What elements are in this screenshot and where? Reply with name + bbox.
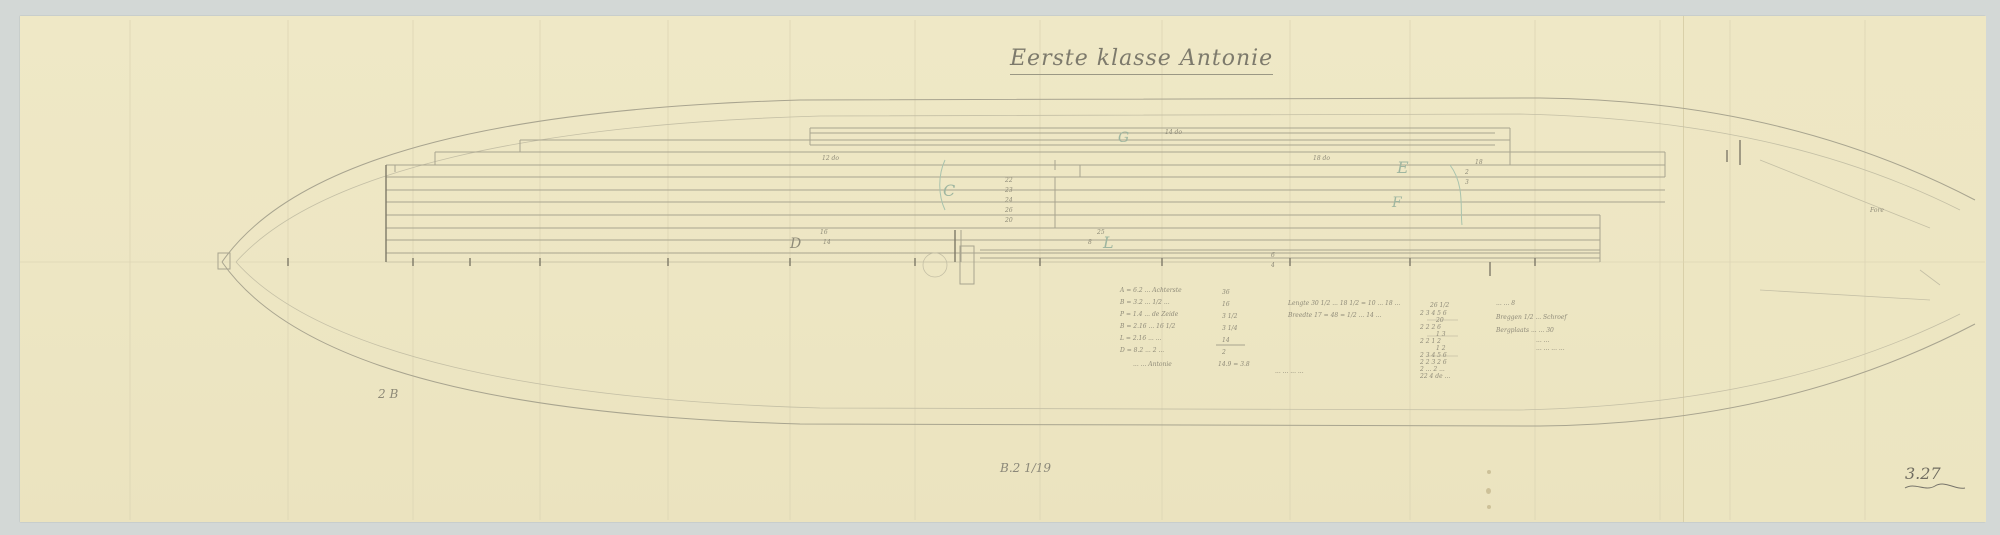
dimension-mark: 18 do bbox=[1313, 156, 1330, 162]
dimension-mark: 25 bbox=[1097, 230, 1105, 236]
catalog-mark: B.2 1/19 bbox=[1000, 462, 1051, 474]
legend-line: L = 2.16 ... ... bbox=[1120, 333, 1182, 345]
paper-stain bbox=[1487, 505, 1491, 509]
dimension-mark: 2 bbox=[1465, 170, 1469, 176]
dimension-mark: 16 bbox=[820, 230, 828, 236]
middle-footer: ... ... ... ... bbox=[1275, 369, 1304, 375]
dimension-mark: 23 bbox=[1005, 188, 1013, 194]
station-letter-e: E bbox=[1397, 160, 1409, 176]
legend-footer: ... ... Antonie bbox=[1133, 362, 1172, 368]
dimension-mark: 6 bbox=[1271, 253, 1275, 259]
right-note: ... ... 8 Breggen 1/2 ... Schroef Bergpl… bbox=[1496, 297, 1567, 353]
dimension-mark: 3 bbox=[1465, 180, 1469, 186]
station-letter-d: D bbox=[790, 237, 801, 251]
legend-line: B = 3.2 ... 1/2 ... bbox=[1120, 297, 1182, 309]
dimension-mark: 14 bbox=[823, 240, 831, 246]
legend-block: A = 6.2 ... Achterste B = 3.2 ... 1/2 ..… bbox=[1120, 285, 1182, 357]
bow-fitting bbox=[218, 253, 230, 269]
dimension-mark: 4 bbox=[1271, 263, 1275, 269]
dimension-mark: 20 bbox=[1005, 218, 1013, 224]
dimension-mark: 24 bbox=[1005, 198, 1013, 204]
sheet-number-flourish bbox=[1905, 484, 1965, 488]
legend-line: B = 2.16 ... 16 1/2 bbox=[1120, 321, 1182, 333]
propeller-circle bbox=[923, 253, 947, 277]
middle-note: Lengte 30 1/2 ... 18 1/2 = 10 ... 18 ...… bbox=[1288, 298, 1400, 322]
drawing-title: Eerste klasse Antonie bbox=[1010, 48, 1273, 75]
dimension-mark: 14 do bbox=[1165, 130, 1182, 136]
sheet-number: 3.27 bbox=[1905, 466, 1941, 482]
hull-plan-drawing bbox=[0, 0, 2000, 535]
dimension-mark: 18 bbox=[1475, 160, 1483, 166]
values-column: 36 16 3 1/2 3 1/4 14 2 14.9 = 3.8 bbox=[1222, 287, 1250, 371]
dimension-mark: 26 bbox=[1005, 208, 1013, 214]
legend-line: P = 1.4 ... de Zeide bbox=[1120, 309, 1182, 321]
green-annotation-curve-2 bbox=[1450, 165, 1462, 225]
dimension-mark: 12 do bbox=[822, 156, 839, 162]
legend-line: D = 8.2 ... 2 ... bbox=[1120, 345, 1182, 357]
paper-stain bbox=[1486, 488, 1491, 494]
sum-column: 26 1/2 2 3 4 5 6 20 2 2 2 6 1 3 2 2 1 2 … bbox=[1420, 302, 1450, 381]
station-letter-c: C bbox=[943, 183, 955, 199]
frame-ticks bbox=[288, 258, 1535, 276]
dimension-mark: 8 bbox=[1088, 240, 1092, 246]
deck-planking bbox=[386, 128, 1740, 284]
station-letter-f: F bbox=[1392, 196, 1402, 210]
dimension-mark-fore: Fore bbox=[1870, 208, 1884, 214]
dimension-mark: 22 bbox=[1005, 178, 1013, 184]
station-letter-g: G bbox=[1118, 131, 1129, 145]
bottom-left-mark: 2 B bbox=[378, 388, 398, 400]
station-letter-l: L bbox=[1103, 235, 1114, 251]
paper-stain bbox=[1487, 470, 1491, 474]
frame-grid bbox=[20, 20, 1985, 520]
legend-line: A = 6.2 ... Achterste bbox=[1120, 285, 1182, 297]
